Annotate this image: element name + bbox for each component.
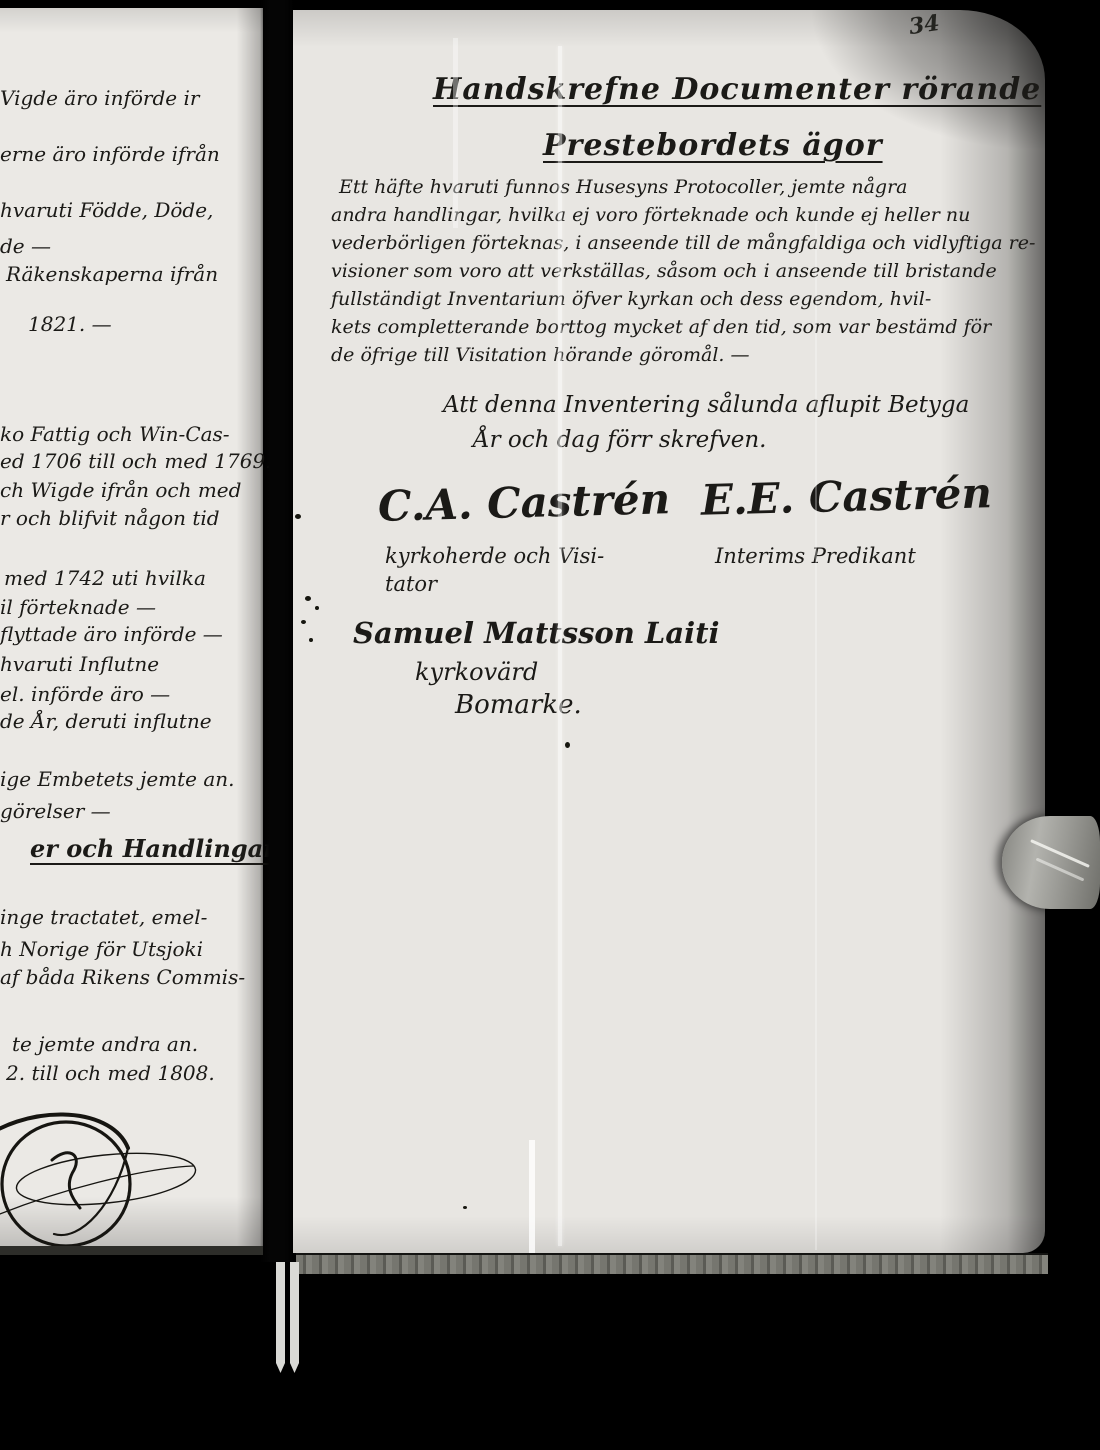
ink-speck bbox=[309, 638, 313, 642]
paper-fold-crease bbox=[529, 1140, 535, 1253]
paper-streak bbox=[815, 220, 817, 1250]
bookmark-ribbon bbox=[290, 1262, 299, 1373]
manuscript-line: 1821. — bbox=[28, 312, 112, 336]
thumb-holding-page bbox=[1002, 816, 1100, 909]
signature-witness: Samuel Mattsson Laiti bbox=[353, 616, 720, 650]
manuscript-line: ch Wigde ifrån och med bbox=[0, 478, 241, 502]
page-number: 34 bbox=[907, 10, 941, 40]
manuscript-line: hvaruti Födde, Döde, bbox=[0, 198, 213, 222]
manuscript-line: ige Embetets jemte an. bbox=[0, 767, 235, 791]
ink-speck bbox=[463, 1206, 467, 1209]
manuscript-line: il förteknade — bbox=[0, 595, 156, 619]
ink-speck bbox=[305, 596, 311, 601]
signature-visitator: C.A. Castrén bbox=[377, 474, 670, 531]
attestation-line: Att denna Inventering sålunda aflupit Be… bbox=[443, 392, 969, 418]
paragraph-line: de öfrige till Visitation hörande göromå… bbox=[331, 344, 750, 366]
ink-speck bbox=[565, 742, 570, 748]
paragraph-line: visioner som voro att verkställas, såsom… bbox=[331, 260, 997, 282]
manuscript-line: flyttade äro införde — bbox=[0, 622, 223, 646]
manuscript-line: Räkenskaperna ifrån bbox=[6, 262, 218, 286]
attestation-line: År och dag förr skrefven. bbox=[473, 427, 767, 453]
thumb-highlight bbox=[1030, 839, 1090, 868]
manuscript-line: med 1742 uti hvilka bbox=[4, 566, 206, 590]
paragraph-line: kets completterande borttog mycket af de… bbox=[331, 316, 991, 338]
left-page-bottom-edge bbox=[0, 1246, 263, 1255]
book-gutter-shadow bbox=[260, 0, 294, 1262]
manuscript-line: hvaruti Influtne bbox=[0, 652, 159, 676]
bookmark-ribbon bbox=[276, 1262, 285, 1373]
signature-title-line: tator bbox=[385, 572, 437, 596]
witness-place: Bomarke. bbox=[455, 690, 582, 720]
document-heading-line-2: Prestebordets ägor bbox=[543, 128, 883, 163]
manuscript-line: erne äro införde ifrån bbox=[0, 142, 220, 166]
signature-predikant: E.E. Castrén bbox=[700, 468, 992, 525]
manuscript-line: ed 1706 till och med 1769. bbox=[0, 449, 272, 473]
manuscript-line: inge tractatet, emel- bbox=[0, 905, 207, 929]
manuscript-line: de — bbox=[0, 234, 51, 258]
left-manuscript-page: Vigde äro införde ir erne äro införde if… bbox=[0, 8, 263, 1246]
manuscript-line: Vigde äro införde ir bbox=[0, 86, 199, 110]
paragraph-line: andra handlingar, hvilka ej voro förtekn… bbox=[331, 204, 970, 226]
paragraph-line: vederbörligen förteknas, i anseende till… bbox=[331, 232, 1035, 254]
signature-title-line: Interims Predikant bbox=[715, 544, 916, 568]
manuscript-line: ko Fattig och Win-Cas- bbox=[0, 422, 230, 446]
manuscript-line: te jemte andra an. bbox=[12, 1032, 198, 1056]
ink-speck bbox=[315, 606, 319, 610]
ink-flourish bbox=[0, 1086, 278, 1256]
right-manuscript-page: 34 Handskrefne Documenter rörande Preste… bbox=[293, 10, 1045, 1253]
manuscript-section-heading: er och Handlingar bbox=[30, 834, 276, 863]
manuscript-line: r och blifvit någon tid bbox=[0, 506, 220, 530]
ink-speck bbox=[295, 514, 301, 519]
paragraph-line: fullständigt Inventarium öfver kyrkan oc… bbox=[331, 288, 931, 310]
manuscript-line: de År, deruti influtne bbox=[0, 709, 212, 733]
witness-title: kyrkovärd bbox=[415, 658, 538, 686]
signature-title-line: kyrkoherde och Visi- bbox=[385, 544, 604, 568]
manuscript-line: af båda Rikens Commis- bbox=[0, 965, 245, 989]
manuscript-line: el. införde äro — bbox=[0, 682, 170, 706]
document-heading-line-1: Handskrefne Documenter rörande bbox=[433, 72, 1041, 107]
manuscript-line: görelser — bbox=[0, 799, 111, 823]
ink-speck bbox=[301, 620, 306, 624]
manuscript-line: 2. till och med 1808. bbox=[6, 1061, 215, 1085]
paper-streak bbox=[453, 38, 458, 228]
paragraph-line: Ett häfte hvaruti funnos Husesyns Protoc… bbox=[339, 176, 908, 198]
page-block-edge bbox=[296, 1253, 1048, 1274]
manuscript-line: h Norige för Utsjoki bbox=[0, 937, 203, 961]
